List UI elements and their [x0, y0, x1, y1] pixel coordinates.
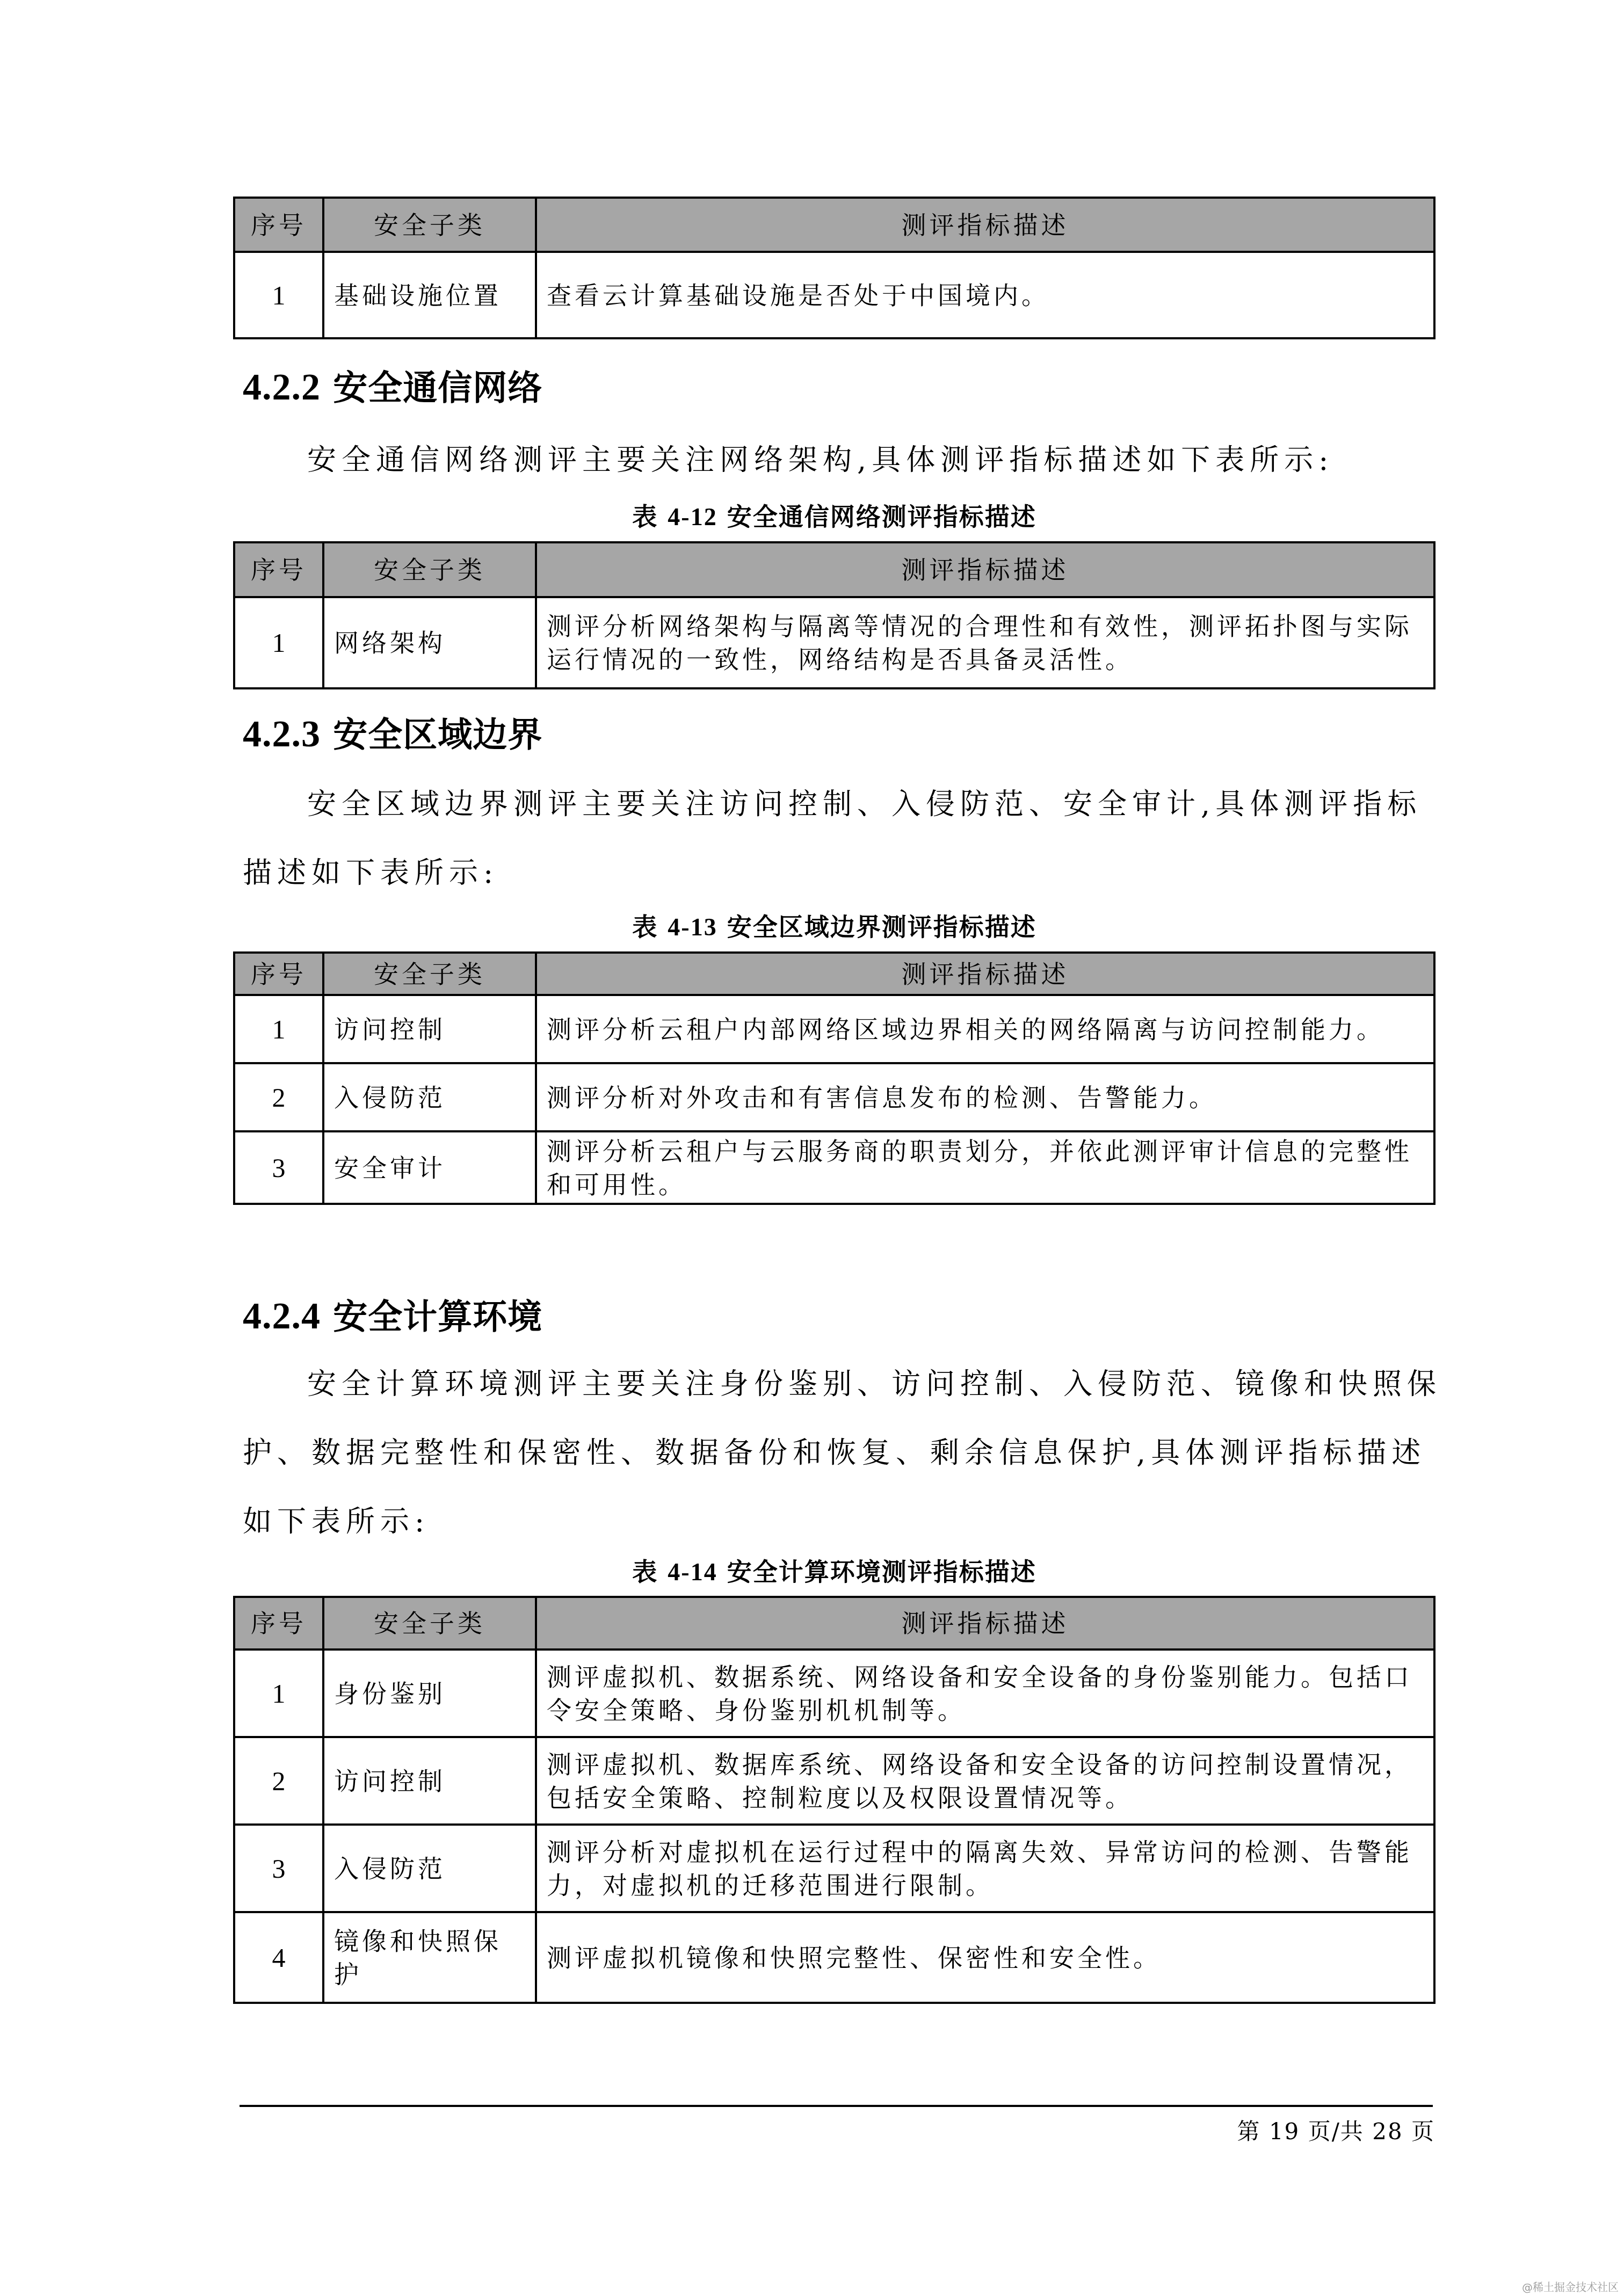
- header-description: 测评指标描述: [536, 542, 1434, 597]
- table-row: 1 访问控制 测评分析云租户内部网络区域边界相关的网络隔离与访问控制能力。: [234, 995, 1434, 1063]
- table-caption: 表 4-14 安全计算环境测评指标描述: [233, 1556, 1436, 1588]
- row-index: 2: [234, 1737, 323, 1825]
- table-caption: 表 4-12 安全通信网络测评指标描述: [233, 500, 1436, 533]
- header-description: 测评指标描述: [536, 1597, 1434, 1650]
- row-index: 1: [234, 597, 323, 688]
- section-title: 安全区域边界: [333, 715, 542, 755]
- area-boundary-table: 序号 安全子类 测评指标描述 1 访问控制 测评分析云租户内部网络区域边界相关的…: [233, 951, 1436, 1205]
- row-subcategory: 身份鉴别: [323, 1650, 536, 1737]
- row-index: 3: [234, 1825, 323, 1912]
- row-description: 测评分析对外攻击和有害信息发布的检测、告警能力。: [536, 1063, 1434, 1131]
- section-heading-4-2-3: 4.2.3 安全区域边界: [243, 713, 542, 757]
- table-row: 4 镜像和快照保护 测评虚拟机镜像和快照完整性、保密性和安全性。: [234, 1912, 1434, 2003]
- row-index: 1: [234, 1650, 323, 1737]
- caption-title: 安全计算环境测评指标描述: [727, 1557, 1036, 1586]
- header-index: 序号: [234, 198, 323, 252]
- header-subcategory: 安全子类: [323, 1597, 536, 1650]
- row-index: 1: [234, 995, 323, 1063]
- computing-environment-table: 序号 安全子类 测评指标描述 1 身份鉴别 测评虚拟机、数据系统、网络设备和安全…: [233, 1596, 1436, 2004]
- row-description: 测评分析对虚拟机在运行过程中的隔离失效、异常访问的检测、告警能力，对虚拟机的迁移…: [536, 1825, 1434, 1912]
- table-row: 1 身份鉴别 测评虚拟机、数据系统、网络设备和安全设备的身份鉴别能力。包括口令安…: [234, 1650, 1434, 1737]
- communication-network-table: 序号 安全子类 测评指标描述 1 网络架构 测评分析网络架构与隔离等情况的合理性…: [233, 541, 1436, 689]
- row-subcategory: 入侵防范: [323, 1825, 536, 1912]
- footer-divider: [240, 2105, 1433, 2107]
- section-number: 4.2.4: [243, 1296, 321, 1337]
- section-number: 4.2.3: [243, 714, 321, 755]
- table-header-row: 序号 安全子类 测评指标描述: [234, 542, 1434, 597]
- row-subcategory: 访问控制: [323, 995, 536, 1063]
- table-row: 2 访问控制 测评虚拟机、数据库系统、网络设备和安全设备的访问控制设置情况，包括…: [234, 1737, 1434, 1825]
- row-subcategory: 镜像和快照保护: [323, 1912, 536, 2003]
- row-description: 测评虚拟机镜像和快照完整性、保密性和安全性。: [536, 1912, 1434, 2003]
- table-row: 1 网络架构 测评分析网络架构与隔离等情况的合理性和有效性，测评拓扑图与实际运行…: [234, 597, 1434, 688]
- table-header-row: 序号 安全子类 测评指标描述: [234, 198, 1434, 252]
- table-row: 3 安全审计 测评分析云租户与云服务商的职责划分，并依此测评审计信息的完整性和可…: [234, 1131, 1434, 1204]
- table-header-row: 序号 安全子类 测评指标描述: [234, 1597, 1434, 1650]
- header-description: 测评指标描述: [536, 198, 1434, 252]
- caption-title: 安全区域边界测评指标描述: [727, 912, 1036, 941]
- header-description: 测评指标描述: [536, 953, 1434, 995]
- row-description: 测评分析网络架构与隔离等情况的合理性和有效性，测评拓扑图与实际运行情况的一致性，…: [536, 597, 1434, 688]
- row-description: 测评虚拟机、数据库系统、网络设备和安全设备的访问控制设置情况，包括安全策略、控制…: [536, 1737, 1434, 1825]
- caption-prefix: 表: [632, 502, 658, 531]
- caption-number: 4-14: [668, 1558, 717, 1586]
- row-description: 测评虚拟机、数据系统、网络设备和安全设备的身份鉴别能力。包括口令安全策略、身份鉴…: [536, 1650, 1434, 1737]
- watermark: @稀土掘金技术社区: [1522, 2279, 1619, 2294]
- row-subcategory: 安全审计: [323, 1131, 536, 1204]
- header-subcategory: 安全子类: [323, 953, 536, 995]
- caption-number: 4-12: [668, 503, 717, 531]
- row-description: 测评分析云租户内部网络区域边界相关的网络隔离与访问控制能力。: [536, 995, 1434, 1063]
- section-paragraph: 安全计算环境测评主要关注身份鉴别、访问控制、入侵防范、镜像和快照保护、数据完整性…: [243, 1350, 1446, 1556]
- header-subcategory: 安全子类: [323, 198, 536, 252]
- header-index: 序号: [234, 542, 323, 597]
- caption-title: 安全通信网络测评指标描述: [727, 502, 1036, 531]
- row-index: 2: [234, 1063, 323, 1131]
- infrastructure-table: 序号 安全子类 测评指标描述 1 基础设施位置 查看云计算基础设施是否处于中国境…: [233, 197, 1436, 339]
- row-description: 查看云计算基础设施是否处于中国境内。: [536, 252, 1434, 338]
- section-heading-4-2-2: 4.2.2 安全通信网络: [243, 366, 542, 410]
- table-header-row: 序号 安全子类 测评指标描述: [234, 953, 1434, 995]
- table-row: 2 入侵防范 测评分析对外攻击和有害信息发布的检测、告警能力。: [234, 1063, 1434, 1131]
- header-index: 序号: [234, 1597, 323, 1650]
- header-subcategory: 安全子类: [323, 542, 536, 597]
- table-caption: 表 4-13 安全区域边界测评指标描述: [233, 911, 1436, 943]
- row-subcategory: 网络架构: [323, 597, 536, 688]
- section-title: 安全通信网络: [333, 368, 542, 408]
- row-description: 测评分析云租户与云服务商的职责划分，并依此测评审计信息的完整性和可用性。: [536, 1131, 1434, 1204]
- caption-number: 4-13: [668, 913, 717, 941]
- section-number: 4.2.2: [243, 367, 321, 408]
- section-heading-4-2-4: 4.2.4 安全计算环境: [243, 1295, 542, 1339]
- row-subcategory: 基础设施位置: [323, 252, 536, 338]
- row-subcategory: 入侵防范: [323, 1063, 536, 1131]
- row-index: 4: [234, 1912, 323, 2003]
- row-index: 3: [234, 1131, 323, 1204]
- page-number: 第 19 页/共 28 页: [1237, 2116, 1435, 2148]
- section-paragraph: 安全区域边界测评主要关注访问控制、入侵防范、安全审计,具体测评指标描述如下表所示…: [243, 770, 1446, 907]
- table-row: 3 入侵防范 测评分析对虚拟机在运行过程中的隔离失效、异常访问的检测、告警能力，…: [234, 1825, 1434, 1912]
- section-paragraph: 安全通信网络测评主要关注网络架构,具体测评指标描述如下表所示:: [243, 426, 1446, 495]
- section-title: 安全计算环境: [333, 1297, 542, 1337]
- caption-prefix: 表: [632, 912, 658, 941]
- row-index: 1: [234, 252, 323, 338]
- row-subcategory: 访问控制: [323, 1737, 536, 1825]
- caption-prefix: 表: [632, 1557, 658, 1586]
- header-index: 序号: [234, 953, 323, 995]
- table-row: 1 基础设施位置 查看云计算基础设施是否处于中国境内。: [234, 252, 1434, 338]
